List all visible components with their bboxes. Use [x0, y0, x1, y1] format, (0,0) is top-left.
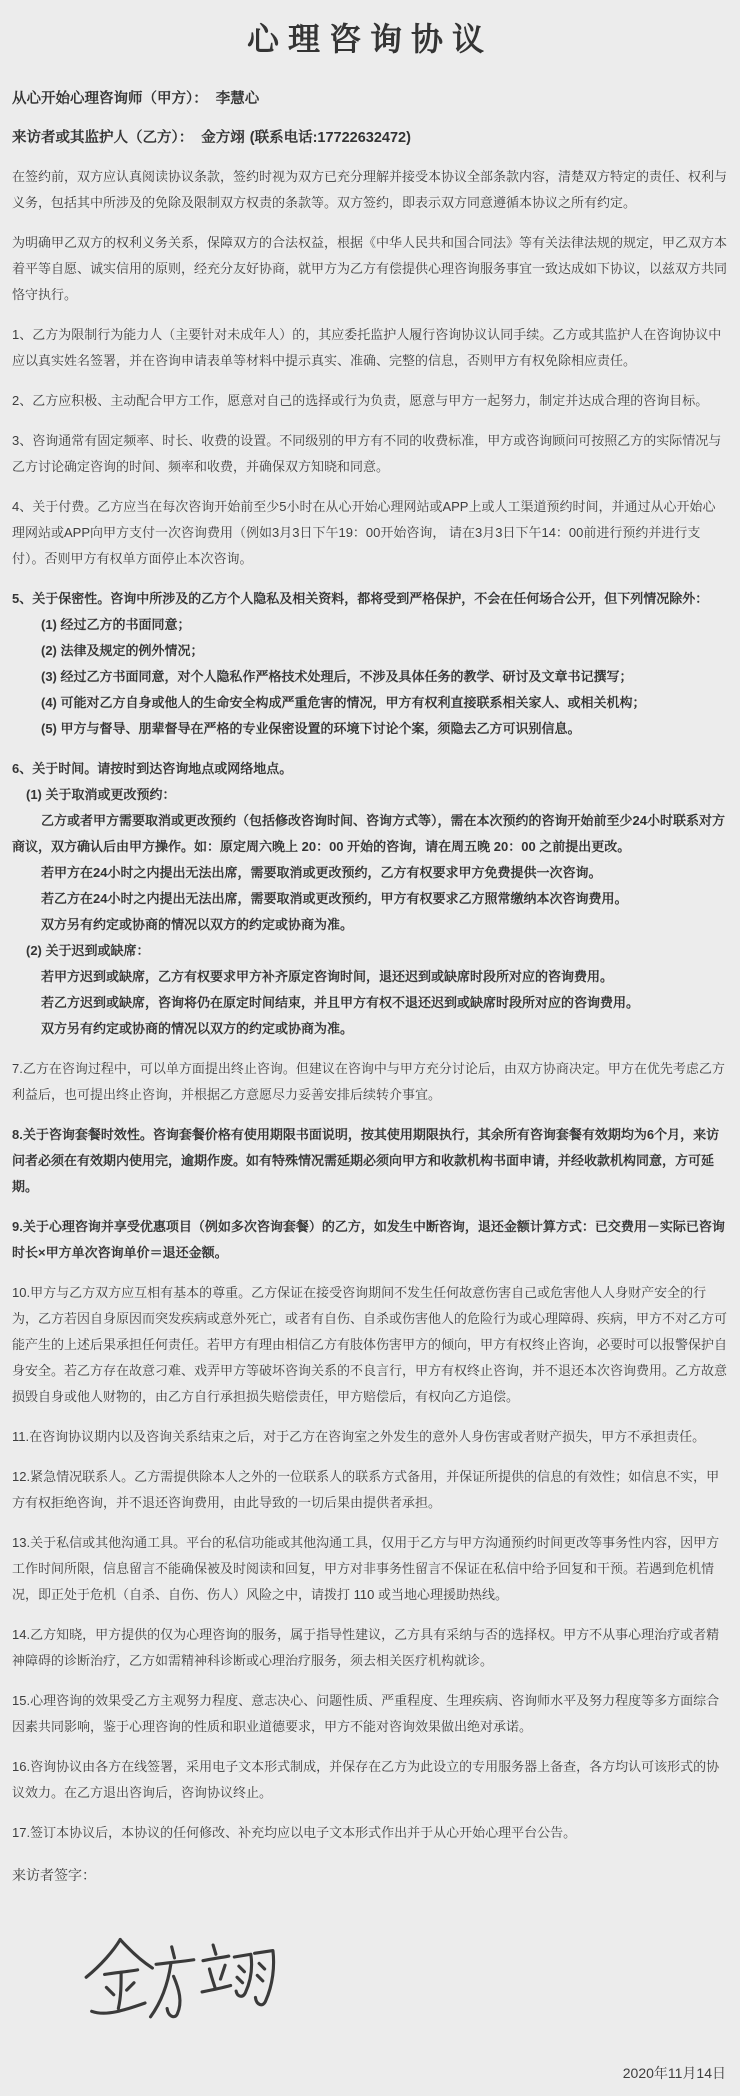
visitor-signature-drawing	[70, 1934, 290, 2026]
clause-6-sub-2-heading: (2) 关于迟到或缺席：	[12, 938, 728, 964]
signature-date: 2020年11月14日	[12, 2060, 726, 2086]
preamble-paragraph: 在签约前，双方应认真阅读协议条款，签约时视为双方已充分理解并接受本协议全部条款内…	[12, 164, 728, 216]
clause-5-heading: 5、关于保密性。咨询中所涉及的乙方个人隐私及相关资料，都将受到严格保护，不会在任…	[12, 586, 728, 612]
party-b-name: 金方翊	[201, 130, 245, 146]
party-a-line: 从心开始心理咨询师（甲方）：李慧心	[12, 86, 728, 112]
clause-5-item-1: (1) 经过乙方的书面同意；	[12, 612, 728, 638]
visitor-signature-label: 来访者签字：	[12, 1862, 728, 1888]
clause-14: 14.乙方知晓，甲方提供的仅为心理咨询的服务，属于指导性建议，乙方具有采纳与否的…	[12, 1622, 728, 1674]
clause-2: 2、乙方应积极、主动配合甲方工作，愿意对自己的选择或行为负责，愿意与甲方一起努力…	[12, 388, 728, 414]
preamble-paragraph: 为明确甲乙双方的权利义务关系，保障双方的合法权益，根据《中华人民共和国合同法》等…	[12, 230, 728, 308]
clause-16: 16.咨询协议由各方在线签署，采用电子文本形式制成，并保存在乙方为此设立的专用服…	[12, 1754, 728, 1806]
clause-6-sub-1-text: 双方另有约定或协商的情况以双方的约定或协商为准。	[12, 912, 728, 938]
party-a-label: 从心开始心理咨询师（甲方）：	[12, 91, 208, 107]
clause-11: 11.在咨询协议期内以及咨询关系结束之后，对于乙方在咨询室之外发生的意外人身伤害…	[12, 1424, 728, 1450]
clause-15: 15.心理咨询的效果受乙方主观努力程度、意志决心、问题性质、严重程度、生理疾病、…	[12, 1688, 728, 1740]
clause-17: 17.签订本协议后，本协议的任何修改、补充均应以电子文本形式作出并于从心开始心理…	[12, 1820, 728, 1846]
clause-10: 10.甲方与乙方双方应互相有基本的尊重。乙方保证在接受咨询期间不发生任何故意伤害…	[12, 1280, 728, 1410]
clause-13: 13.关于私信或其他沟通工具。平台的私信功能或其他沟通工具，仅用于乙方与甲方沟通…	[12, 1530, 728, 1608]
party-a-name: 李慧心	[216, 91, 260, 107]
visitor-signature	[70, 1934, 290, 2026]
clause-6-sub-2-text: 若甲方迟到或缺席，乙方有权要求甲方补齐原定咨询时间，退还迟到或缺席时段所对应的咨…	[12, 964, 728, 990]
clause-6-sub-1-text: 乙方或者甲方需要取消或更改预约（包括修改咨询时间、咨询方式等），需在本次预约的咨…	[12, 808, 728, 860]
clause-3: 3、咨询通常有固定频率、时长、收费的设置。不同级别的甲方有不同的收费标准，甲方或…	[12, 428, 728, 480]
clause-1: 1、乙方为限制行为能力人（主要针对未成年人）的，其应委托监护人履行咨询协议认同手…	[12, 322, 728, 374]
clause-6-group: 6、关于时间。请按时到达咨询地点或网络地点。 (1) 关于取消或更改预约： 乙方…	[12, 756, 728, 1042]
clause-5-group: 5、关于保密性。咨询中所涉及的乙方个人隐私及相关资料，都将受到严格保护，不会在任…	[12, 586, 728, 742]
agreement-document: 心理咨询协议 从心开始心理咨询师（甲方）：李慧心 来访者或其监护人（乙方）：金方…	[0, 0, 740, 2096]
clause-4: 4、关于付费。乙方应当在每次咨询开始前至少5小时在从心开始心理网站或APP上或人…	[12, 494, 728, 572]
clause-12: 12.紧急情况联系人。乙方需提供除本人之外的一位联系人的联系方式备用，并保证所提…	[12, 1464, 728, 1516]
clause-9: 9.关于心理咨询并享受优惠项目（例如多次咨询套餐）的乙方，如发生中断咨询，退还金…	[12, 1214, 728, 1266]
clause-6-sub-1-text: 若乙方在24小时之内提出无法出席，需要取消或更改预约，甲方有权要求乙方照常缴纳本…	[12, 886, 728, 912]
party-b-label: 来访者或其监护人（乙方）：	[12, 130, 193, 146]
clause-6-sub-1-text: 若甲方在24小时之内提出无法出席，需要取消或更改预约，乙方有权要求甲方免费提供一…	[12, 860, 728, 886]
clause-6-heading: 6、关于时间。请按时到达咨询地点或网络地点。	[12, 756, 728, 782]
party-b-phone: (联系电话:17722632472)	[250, 130, 411, 146]
clause-6-sub-1-heading: (1) 关于取消或更改预约：	[12, 782, 728, 808]
clause-7: 7.乙方在咨询过程中，可以单方面提出终止咨询。但建议在咨询中与甲方充分讨论后，由…	[12, 1056, 728, 1108]
page-title: 心理咨询协议	[12, 14, 728, 60]
clause-5-item-5: (5) 甲方与督导、朋辈督导在严格的专业保密设置的环境下讨论个案，须隐去乙方可识…	[12, 716, 728, 742]
clause-8: 8.关于咨询套餐时效性。咨询套餐价格有使用期限书面说明，按其使用期限执行，其余所…	[12, 1122, 728, 1200]
clause-5-item-2: (2) 法律及规定的例外情况；	[12, 638, 728, 664]
clause-6-sub-2-text: 双方另有约定或协商的情况以双方的约定或协商为准。	[12, 1016, 728, 1042]
clause-5-item-3: (3) 经过乙方书面同意，对个人隐私作严格技术处理后，不涉及具体任务的教学、研讨…	[12, 664, 728, 690]
clause-5-item-4: (4) 可能对乙方自身或他人的生命安全构成严重危害的情况，甲方有权利直接联系相关…	[12, 690, 728, 716]
clause-6-sub-2-text: 若乙方迟到或缺席，咨询将仍在原定时间结束，并且甲方有权不退还迟到或缺席时段所对应…	[12, 990, 728, 1016]
party-b-line: 来访者或其监护人（乙方）：金方翊(联系电话:17722632472)	[12, 125, 728, 151]
